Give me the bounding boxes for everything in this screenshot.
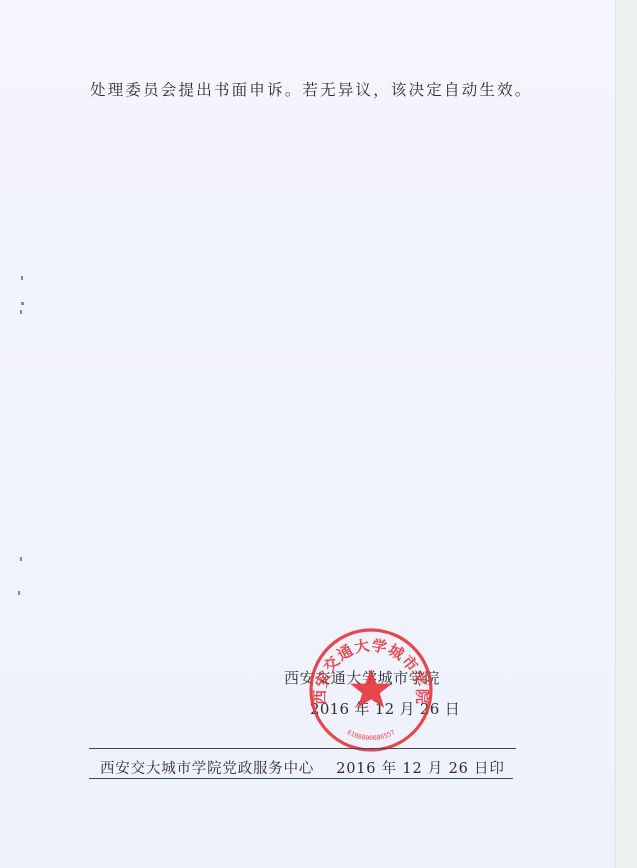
footer-issuer: 西安交大城市学院党政服务中心 (100, 761, 314, 777)
scan-margin (616, 0, 637, 868)
signature-date: 2016 年 12 月 26 日 (310, 698, 460, 719)
body-text: 处理委员会提出书面申诉。若无异议，该决定自动生效。 (90, 78, 533, 100)
seal-ring (311, 630, 431, 750)
scan-mark (21, 302, 24, 305)
scan-mark (21, 276, 23, 280)
signature-organization: 西安交通大学城市学院 (284, 667, 440, 688)
scan-mark (20, 557, 22, 561)
footer-bottom-rule (89, 778, 513, 779)
scan-mark (20, 310, 22, 314)
footer-top-rule (89, 748, 516, 749)
document-page: 处理委员会提出书面申诉。若无异议，该决定自动生效。 西安交通大学城市学院 201… (0, 0, 616, 868)
scan-mark (18, 591, 20, 595)
footer-line: 西安交大城市学院党政服务中心2016 年 12 月 26 日印 (100, 757, 505, 778)
footer-print-date: 2016 年 12 月 26 日印 (336, 761, 504, 777)
seal-serial: 6100000086557 (346, 728, 397, 742)
official-seal: 西安交通大学城市学院 6100000086557 (306, 625, 436, 755)
